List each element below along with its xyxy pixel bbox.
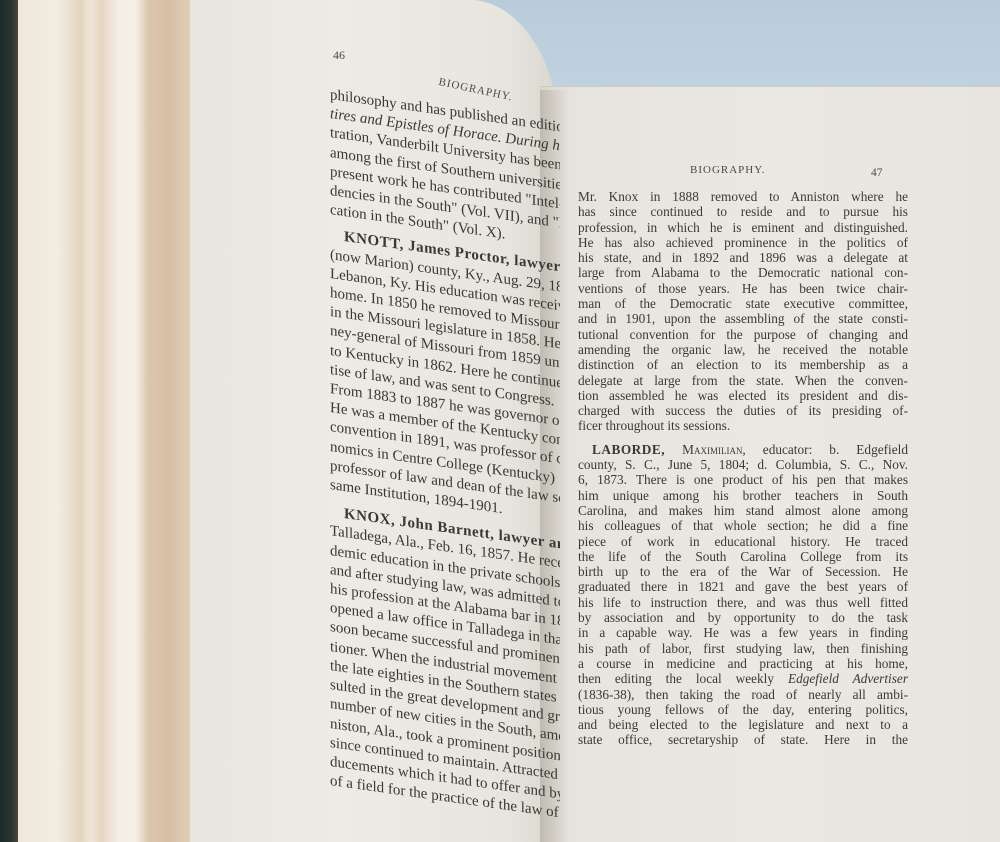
text-line: profession, in which he is eminent and d… bbox=[578, 220, 908, 235]
text-line: and in 1901, upon the assembling of the … bbox=[578, 311, 908, 326]
text-line: tutional convention for the purpose of c… bbox=[578, 327, 908, 342]
text-line: charged with success the duties of its p… bbox=[578, 403, 908, 418]
text-line: Mr. Knox in 1888 removed to Anniston whe… bbox=[578, 189, 908, 204]
text-line: county, S. C., June 5, 1804; d. Columbia… bbox=[578, 457, 908, 472]
text-line: man of the Democratic state executive co… bbox=[578, 296, 908, 311]
right-page-body: Mr. Knox in 1888 removed to Anniston whe… bbox=[578, 189, 908, 748]
text-line: large from Alabama to the Democratic nat… bbox=[578, 265, 908, 280]
text-line: has since continued to reside and to pur… bbox=[578, 204, 908, 219]
text-line: tion assembled he was elected its presid… bbox=[578, 388, 908, 403]
text-line: ficer throughout its sessions. bbox=[578, 418, 908, 433]
entry-given-name: Maximilian, bbox=[682, 442, 746, 457]
entry-surname: LABORDE, bbox=[592, 442, 665, 457]
text-line: delegate at large from the state. When t… bbox=[578, 373, 908, 388]
text-line: his state, and in 1892 and 1896 was a de… bbox=[578, 250, 908, 265]
entry-heading-laborde: LABORDE, Maximilian, educator: b. Edgefi… bbox=[578, 442, 908, 457]
text-line: in a capable way. He was a few years in … bbox=[578, 625, 908, 640]
text-line: Carolina, and makes him stand almost alo… bbox=[578, 503, 908, 518]
editing-prefix: then editing the local weekly bbox=[578, 671, 774, 686]
text-line: state office, secretaryship of state. He… bbox=[578, 732, 908, 747]
text-line: by association and by opportunity to do … bbox=[578, 610, 908, 625]
entry-first-line: educator: b. Edgefield bbox=[763, 442, 908, 457]
text-line: his colleagues of that whole section; he… bbox=[578, 518, 908, 533]
text-line: (1836-38), then taking the road of nearl… bbox=[578, 687, 908, 702]
page-stack-edges bbox=[18, 0, 198, 842]
paragraph-gap bbox=[578, 434, 908, 442]
text-line: tious young fellows of the day, entering… bbox=[578, 702, 908, 717]
book-cover-edge bbox=[0, 0, 20, 842]
right-page-number: 47 bbox=[871, 167, 883, 179]
text-line: distinction of an election to its member… bbox=[578, 357, 908, 372]
background-wall bbox=[480, 0, 1000, 100]
text-line: He has also achieved prominence in the p… bbox=[578, 235, 908, 250]
text-line: birth up to the era of the War of Secess… bbox=[578, 564, 908, 579]
text-line: ventions of those years. He has been twi… bbox=[578, 281, 908, 296]
right-running-header: BIOGRAPHY. bbox=[690, 164, 766, 176]
left-page-body: philosophy and has published an edition … bbox=[330, 86, 560, 824]
text-line: a course in medicine and practicing at h… bbox=[578, 656, 908, 671]
text-line: him unique among his brother teachers in… bbox=[578, 488, 908, 503]
text-line: 6, 1873. There is one product of his pen… bbox=[578, 472, 908, 487]
text-line: and being elected to the legislature and… bbox=[578, 717, 908, 732]
text-line: piece of work in educational history. He… bbox=[578, 534, 908, 549]
text-line: his life to instruction there, and was t… bbox=[578, 595, 908, 610]
text-line: amending the organic law, he received th… bbox=[578, 342, 908, 357]
newspaper-title: Edgefield Advertiser bbox=[788, 671, 908, 686]
text-line-with-title: then editing the local weekly Edgefield … bbox=[578, 671, 908, 686]
text-line: his path of labor, first studying law, t… bbox=[578, 641, 908, 656]
left-page-number: 46 bbox=[333, 48, 345, 63]
text-line: graduated there in 1821 and gave the bes… bbox=[578, 579, 908, 594]
text-line: the life of the South Carolina College f… bbox=[578, 549, 908, 564]
